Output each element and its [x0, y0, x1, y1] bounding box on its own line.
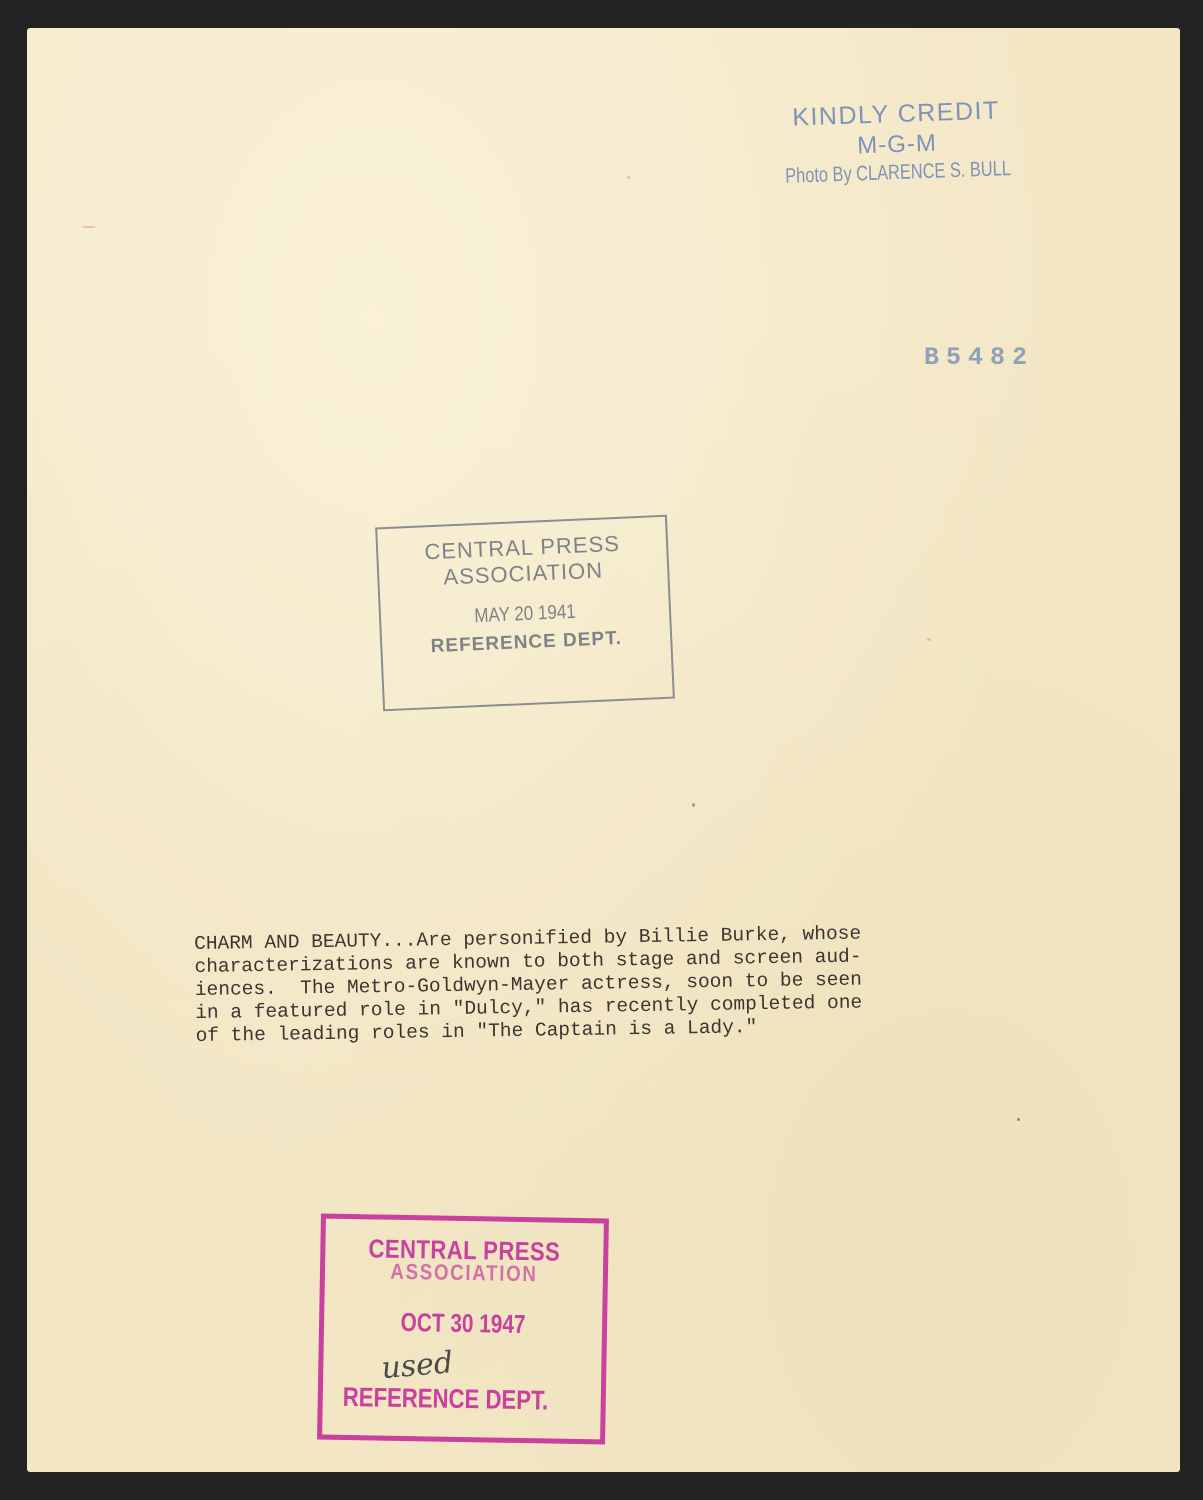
typed-caption: CHARM AND BEAUTY...Are personified by Bi… — [194, 920, 1036, 1048]
handwritten-note: used — [380, 1345, 454, 1386]
credit-stamp: KINDLY CREDIT M-G-M Photo By CLARENCE S.… — [751, 95, 1044, 190]
reference-stamp-1941: CENTRAL PRESS ASSOCIATION MAY 20 1941 RE… — [375, 515, 675, 712]
stamp-1941-dept: REFERENCE DEPT. — [382, 626, 671, 661]
ink-speck — [627, 176, 630, 179]
stamp-1941-date: MAY 20 1941 — [402, 598, 648, 632]
reference-stamp-1947: CENTRAL PRESS ASSOCIATION OCT 30 1947 us… — [317, 1214, 609, 1445]
stamp-1947-association: ASSOCIATION — [346, 1258, 583, 1288]
stamp-1947-date: OCT 30 1947 — [352, 1306, 575, 1341]
photo-back-paper: KINDLY CREDIT M-G-M Photo By CLARENCE S.… — [27, 28, 1180, 1472]
ink-speck — [692, 803, 695, 807]
ink-speck — [1017, 1118, 1020, 1121]
ink-speck — [82, 226, 96, 228]
stamp-1947-dept: REFERENCE DEPT. — [343, 1382, 549, 1417]
ink-speck — [927, 638, 931, 641]
serial-number: B5482 — [924, 343, 1034, 372]
credit-line-photographer: Photo By CLARENCE S. BULL — [785, 157, 1012, 189]
